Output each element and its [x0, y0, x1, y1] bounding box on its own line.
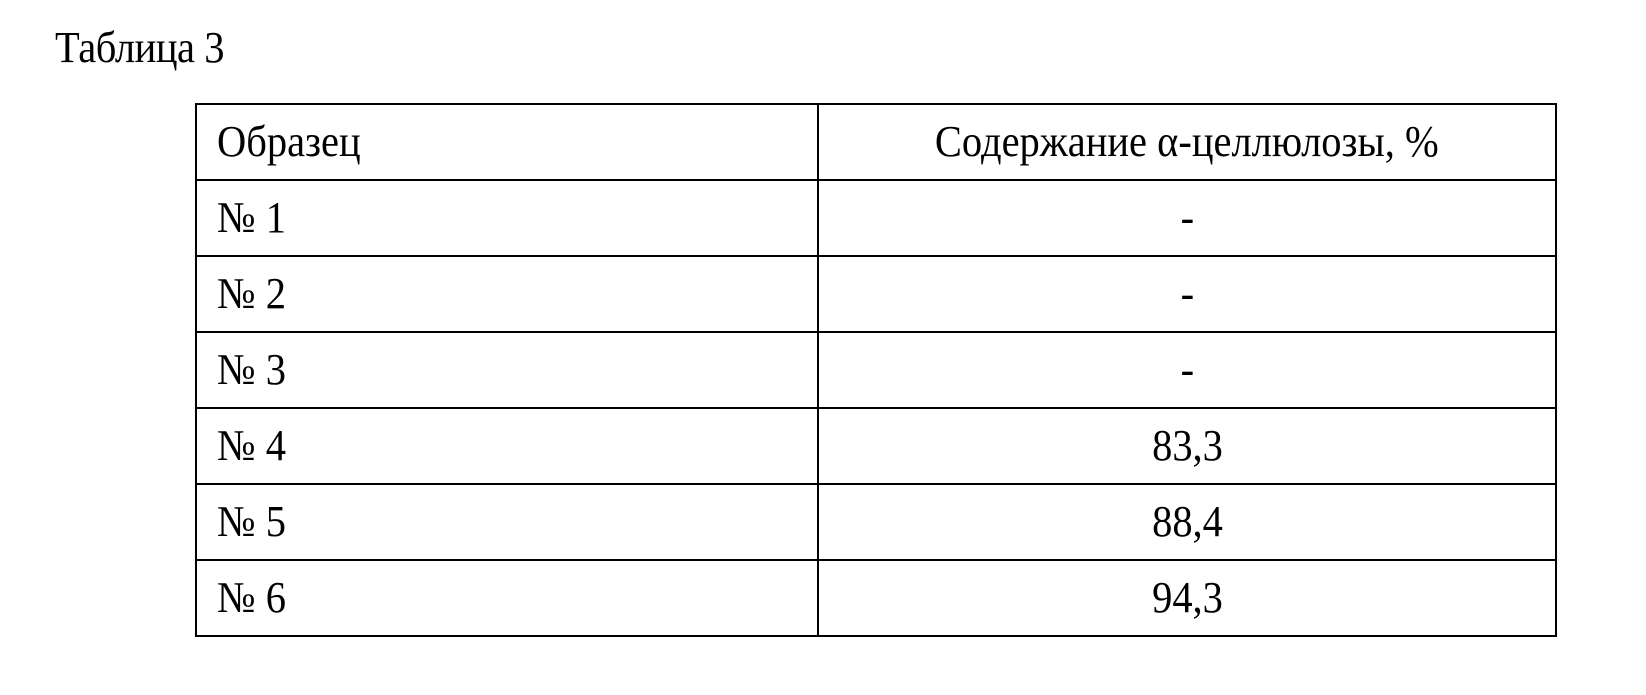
cell-value: - — [818, 180, 1556, 256]
alpha-cellulose-table: Образец Содержание α-целлюлозы, % № 1 - … — [195, 103, 1557, 637]
cell-value-text: - — [1180, 272, 1193, 316]
header-sample: Образец — [196, 104, 818, 180]
cell-sample: № 1 — [196, 180, 818, 256]
header-sample-text: Образец — [217, 120, 361, 164]
table-row: № 1 - — [196, 180, 1556, 256]
table-caption: Таблица 3 — [55, 20, 224, 76]
cell-value: - — [818, 332, 1556, 408]
cell-value-text: 83,3 — [1152, 424, 1223, 468]
cell-value-text: 94,3 — [1152, 576, 1223, 620]
cell-value: 83,3 — [818, 408, 1556, 484]
cell-sample-text: № 2 — [217, 272, 286, 316]
cell-sample-text: № 3 — [217, 348, 286, 392]
cell-sample-text: № 4 — [217, 424, 286, 468]
table-row: № 6 94,3 — [196, 560, 1556, 636]
cell-sample: № 2 — [196, 256, 818, 332]
cell-value: - — [818, 256, 1556, 332]
table-row: № 2 - — [196, 256, 1556, 332]
cell-sample: № 4 — [196, 408, 818, 484]
header-alpha-cellulose-text: Содержание α-целлюлозы, % — [935, 120, 1439, 164]
cell-value: 88,4 — [818, 484, 1556, 560]
header-alpha-cellulose: Содержание α-целлюлозы, % — [818, 104, 1556, 180]
cell-sample-text: № 1 — [217, 196, 286, 240]
cell-sample-text: № 6 — [217, 576, 286, 620]
cell-value: 94,3 — [818, 560, 1556, 636]
cell-value-text: - — [1180, 348, 1193, 392]
cell-sample: № 5 — [196, 484, 818, 560]
cell-sample: № 3 — [196, 332, 818, 408]
cell-value-text: 88,4 — [1152, 500, 1223, 544]
table-row: № 5 88,4 — [196, 484, 1556, 560]
table-row: № 3 - — [196, 332, 1556, 408]
table-row: № 4 83,3 — [196, 408, 1556, 484]
cell-value-text: - — [1180, 196, 1193, 240]
cell-sample: № 6 — [196, 560, 818, 636]
table-header-row: Образец Содержание α-целлюлозы, % — [196, 104, 1556, 180]
cell-sample-text: № 5 — [217, 500, 286, 544]
table-caption-text: Таблица 3 — [55, 23, 224, 72]
